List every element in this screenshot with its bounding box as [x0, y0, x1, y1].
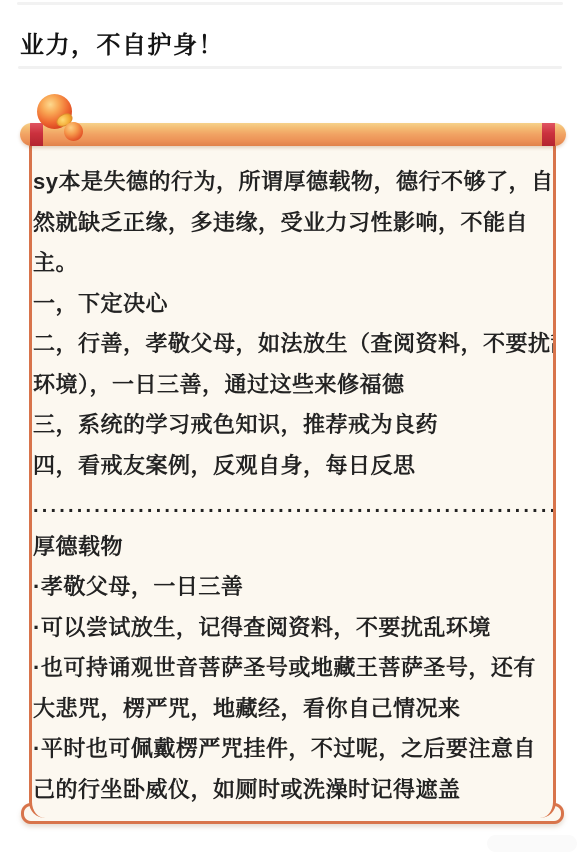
card-text-line: 然就缺乏正缘，多违缘，受业力习性影响，不能自	[33, 203, 553, 244]
card-text-line: 己的行坐卧威仪，如厕时或洗澡时记得遮盖	[33, 770, 553, 811]
title-divider	[18, 66, 562, 69]
post-screen: 业力，不自护身！ sy本是失德的行为，所谓厚德载物，德行不够了，自 然就缺乏正缘…	[0, 0, 580, 852]
scroll-rod-red-band-left	[30, 123, 43, 146]
watermark-smudge	[487, 835, 577, 852]
scroll-rod-red-band-right	[542, 123, 555, 146]
card-text-line: ·也可持诵观世音菩萨圣号或地藏王菩萨圣号，还有	[33, 648, 553, 689]
card-text-line: 一，下定决心	[33, 284, 553, 325]
bead-small-icon	[64, 122, 83, 141]
card-text-line: ·可以尝试放生，记得查阅资料，不要扰乱环境	[33, 608, 553, 649]
card-text-line: 二，行善，孝敬父母，如法放生（查阅资料，不要扰乱	[33, 324, 553, 365]
scroll-rod-icon	[20, 123, 566, 146]
card-text-line: ·平时也可佩戴楞严咒挂件，不过呢，之后要注意自	[33, 729, 553, 770]
card-text-line: 主。	[33, 243, 553, 284]
top-divider	[17, 2, 563, 5]
dots-separator: ........................................…	[33, 486, 553, 527]
card-text-line: 大悲咒，楞严咒，地藏经，看你自己情况来	[33, 689, 553, 730]
card-text-block: sy本是失德的行为，所谓厚德载物，德行不够了，自 然就缺乏正缘，多违缘，受业力习…	[33, 162, 553, 810]
card-text-line: sy本是失德的行为，所谓厚德载物，德行不够了，自	[33, 162, 553, 203]
page-title: 业力，不自护身！	[20, 25, 224, 60]
card-text-line: 三，系统的学习戒色知识，推荐戒为良药	[33, 405, 553, 446]
card-section-heading: 厚德载物	[33, 527, 553, 568]
card-text-line: 四，看戒友案例，反观自身，每日反思	[33, 446, 553, 487]
card-text-line: 环境），一日三善，通过这些来修福德	[33, 365, 553, 406]
card-text-line: ·孝敬父母，一日三善	[33, 567, 553, 608]
